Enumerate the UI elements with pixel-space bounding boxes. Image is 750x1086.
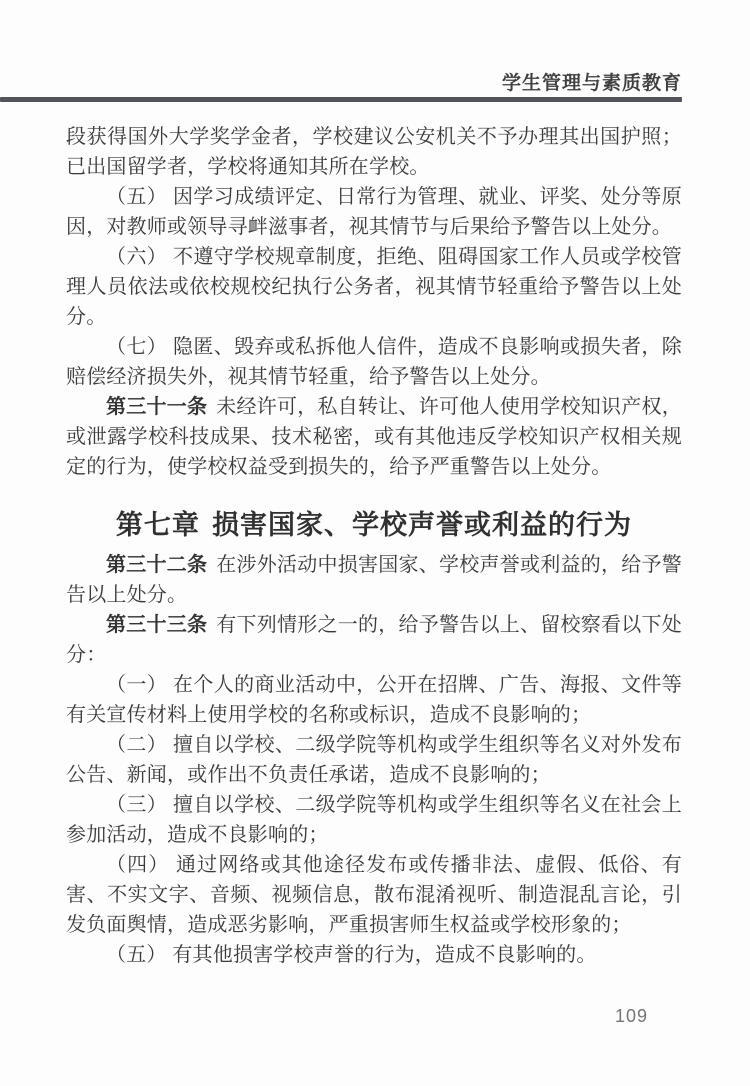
- document-page: 学生管理与素质教育 段获得国外大学奖学金者，学校建议公安机关不予办理其出国护照；…: [0, 0, 750, 1086]
- list-item-4: （四） 通过网络或其他途径发布或传播非法、虚假、低俗、有害、不实文字、音频、视频…: [66, 850, 682, 940]
- header-rule: [0, 97, 682, 102]
- article-number: 第三十一条: [106, 396, 207, 418]
- article-32: 第三十二条在涉外活动中损害国家、学校声誉或利益的，给予警告以上处分。: [66, 550, 682, 610]
- paragraph-text: （七） 隐匿、毁弃或私拆他人信件，造成不良影响或损失者，除赔偿经济损失外，视其情…: [66, 336, 682, 388]
- list-item-3: （三） 擅自以学校、二级学院等机构或学生组织等名义在社会上参加活动，造成不良影响…: [66, 790, 682, 850]
- paragraph-text: （四） 通过网络或其他途径发布或传播非法、虚假、低俗、有害、不实文字、音频、视频…: [66, 854, 682, 936]
- page-number: 109: [615, 1006, 648, 1027]
- chapter-title: 损害国家、学校声誉或利益的行为: [212, 510, 632, 540]
- paragraph-text: （五） 有其他损害学校声誉的行为，造成不良影响的。: [106, 944, 597, 966]
- paragraph-text: （五） 因学习成绩评定、日常行为管理、就业、评奖、处分等原因，对教师或领导寻衅滋…: [66, 186, 682, 238]
- article-number: 第三十二条: [106, 554, 207, 576]
- paragraph-text: （六） 不遵守学校规章制度，拒绝、阻碍国家工作人员或学校管理人员依法或依校规校纪…: [66, 246, 682, 328]
- chapter-heading: 第七章损害国家、学校声誉或利益的行为: [66, 506, 682, 544]
- list-item-1: （一） 在个人的商业活动中，公开在招牌、广告、海报、文件等有关宣传材料上使用学校…: [66, 670, 682, 730]
- article-33: 第三十三条有下列情形之一的，给予警告以上、留校察看以下处分：: [66, 610, 682, 670]
- list-item-7: （七） 隐匿、毁弃或私拆他人信件，造成不良影响或损失者，除赔偿经济损失外，视其情…: [66, 332, 682, 392]
- paragraph-continuation: 段获得国外大学奖学金者，学校建议公安机关不予办理其出国护照；已出国留学者，学校将…: [66, 122, 682, 182]
- paragraph-text: （二） 擅自以学校、二级学院等机构或学生组织等名义对外发布公告、新闻，或作出不负…: [66, 734, 682, 786]
- article-31: 第三十一条未经许可，私自转让、许可他人使用学校知识产权，或泄露学校科技成果、技术…: [66, 392, 682, 482]
- running-head-title: 学生管理与素质教育: [502, 68, 682, 95]
- list-item-5: （五） 因学习成绩评定、日常行为管理、就业、评奖、处分等原因，对教师或领导寻衅滋…: [66, 182, 682, 242]
- list-item-5-after: （五） 有其他损害学校声誉的行为，造成不良影响的。: [66, 940, 682, 970]
- paragraph-text: 段获得国外大学奖学金者，学校建议公安机关不予办理其出国护照；已出国留学者，学校将…: [66, 126, 682, 178]
- chapter-number: 第七章: [116, 510, 200, 540]
- paragraph-text: （一） 在个人的商业活动中，公开在招牌、广告、海报、文件等有关宣传材料上使用学校…: [66, 674, 682, 726]
- body-column: 段获得国外大学奖学金者，学校建议公安机关不予办理其出国护照；已出国留学者，学校将…: [66, 122, 682, 970]
- article-number: 第三十三条: [106, 614, 207, 636]
- list-item-2: （二） 擅自以学校、二级学院等机构或学生组织等名义对外发布公告、新闻，或作出不负…: [66, 730, 682, 790]
- list-item-6: （六） 不遵守学校规章制度，拒绝、阻碍国家工作人员或学校管理人员依法或依校规校纪…: [66, 242, 682, 332]
- paragraph-text: （三） 擅自以学校、二级学院等机构或学生组织等名义在社会上参加活动，造成不良影响…: [66, 794, 682, 846]
